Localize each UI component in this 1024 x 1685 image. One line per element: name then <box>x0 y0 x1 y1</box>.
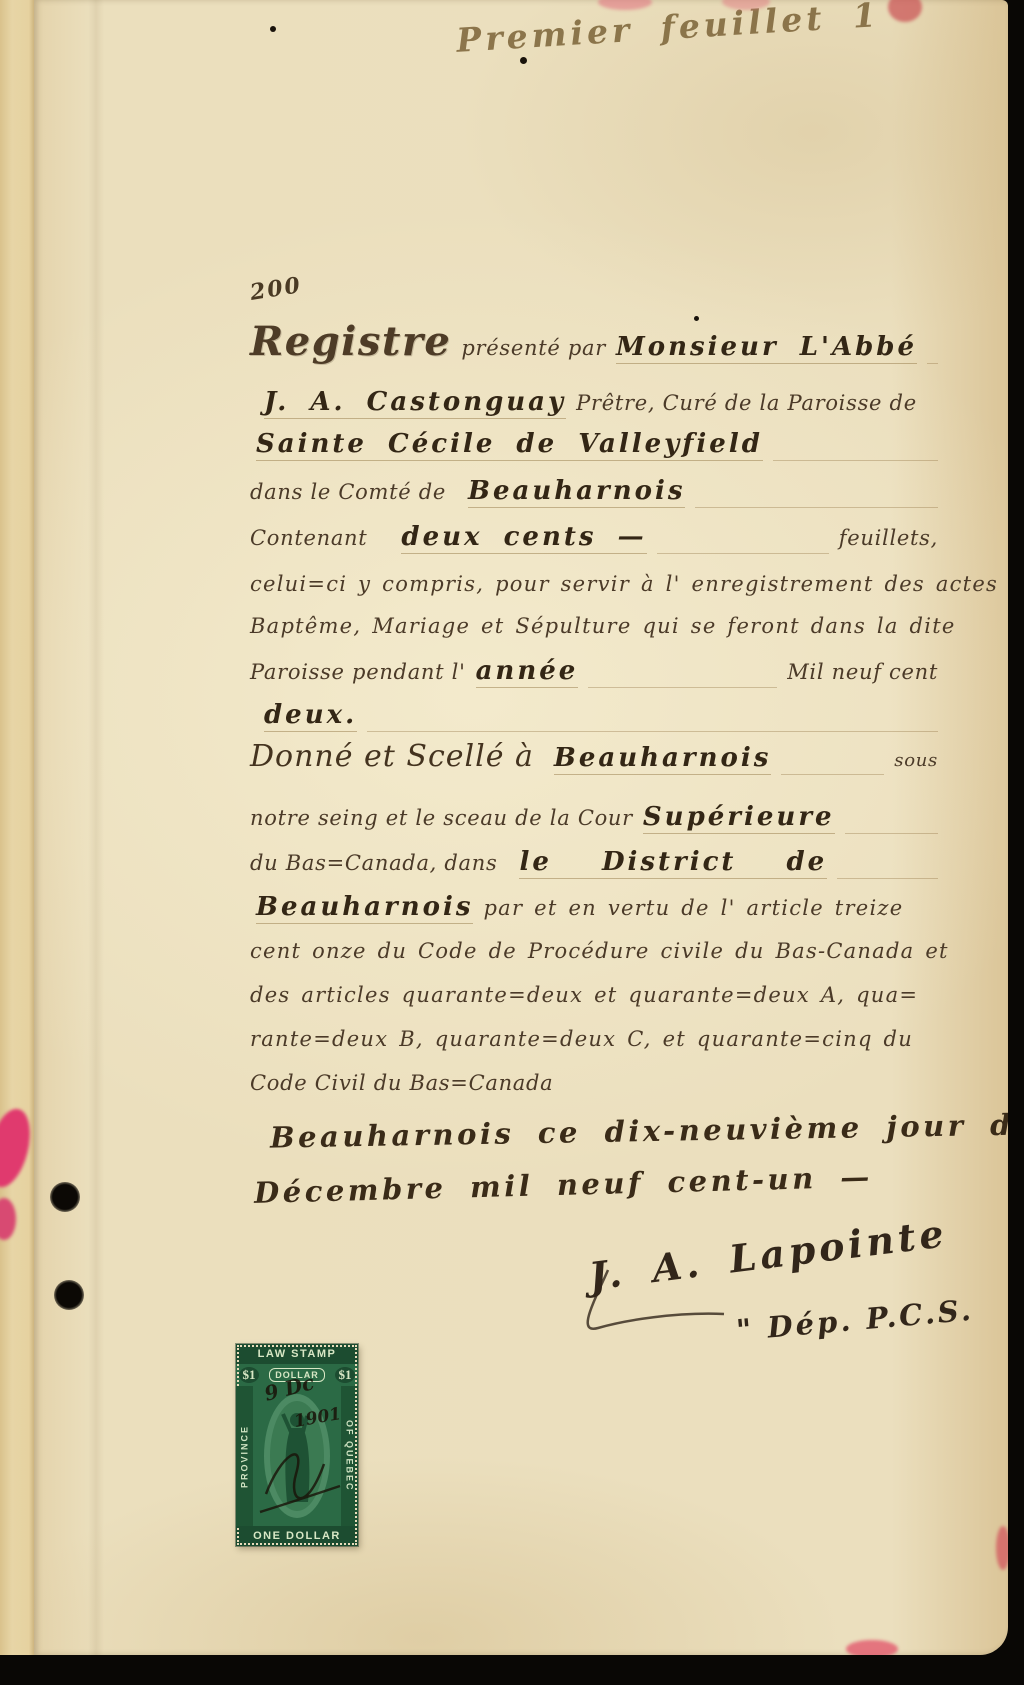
priest-title-label: Prêtre, Curé de la Paroisse de <box>576 390 917 416</box>
registre-heading: Registre <box>250 322 451 362</box>
ink-speck-2 <box>520 57 527 64</box>
clause-8-text: des articles quarante=deux et quarante=d… <box>250 982 918 1008</box>
rule-filler <box>773 430 938 461</box>
line-parish: Sainte Cécile de Valleyfield <box>250 430 938 461</box>
district-value: le District de <box>519 848 827 879</box>
district-name-value: Beauharnois <box>256 893 473 924</box>
feuillets-label: feuillets, <box>839 525 938 551</box>
line-annee: Paroisse pendant l' année Mil neuf cent <box>250 657 938 688</box>
line-year: deux. <box>250 701 938 732</box>
clause-4-text: notre seing et le sceau de la Cour <box>250 805 633 831</box>
line-clause-1: celui=ci y compris, pour servir à l' enr… <box>250 571 938 597</box>
clause-7-text: cent onze du Code de Procédure civile du… <box>250 938 949 964</box>
line-clause-8: des articles quarante=deux et quarante=d… <box>250 982 938 1008</box>
book-gutter-edge <box>0 0 34 1658</box>
mil-neuf-cent-label: Mil neuf cent <box>787 659 938 685</box>
line-cour: notre seing et le sceau de la Cour Supér… <box>250 803 938 834</box>
line-registre: Registre présenté par Monsieur L'Abbé <box>250 322 938 364</box>
presente-par-label: présenté par <box>461 335 606 361</box>
page-crease <box>88 0 104 1655</box>
line-contenant: Contenant deux cents — feuillets, <box>250 523 938 554</box>
line-donne-scelle: Donné et Scellé à Beauharnois sous <box>250 740 938 775</box>
county-value: Beauharnois <box>468 477 685 508</box>
sous-label: sous <box>894 750 938 773</box>
rule-filler <box>657 523 829 554</box>
scanned-register-page: Premier feuillet 1 200 Registre présenté… <box>0 0 1024 1685</box>
clause-2-text: Baptême, Mariage et Sépulture qui se fer… <box>250 613 956 639</box>
court-value: Supérieure <box>643 803 835 834</box>
clause-9-text: rante=deux B, quarante=deux C, et quaran… <box>250 1026 913 1052</box>
line-dateline-1: Beauharnois ce dix-neuvième jour de <box>250 1110 938 1155</box>
line-dateline-2: Décembre mil neuf cent-un — <box>250 1159 939 1210</box>
scan-background-right <box>1008 0 1024 1685</box>
clause-6-text: par et en vertu de l' article treize <box>483 895 903 921</box>
ink-speck-3 <box>694 316 699 321</box>
line-clause-10: Code Civil du Bas=Canada <box>250 1070 938 1096</box>
presented-to-value: Monsieur L'Abbé <box>616 333 917 364</box>
contenant-label: Contenant <box>250 525 367 551</box>
rule-filler <box>927 322 938 364</box>
line-district-name: Beauharnois par et en vertu de l' articl… <box>250 893 938 924</box>
annee-value: année <box>476 657 579 688</box>
rule-filler <box>695 477 938 508</box>
rule-filler <box>781 740 884 775</box>
rule-filler <box>588 657 777 688</box>
line-clause-9: rante=deux B, quarante=deux C, et quaran… <box>250 1026 938 1052</box>
dateline-2-value: Décembre mil neuf cent-un — <box>254 1161 874 1211</box>
dateline-1-value: Beauharnois ce dix-neuvième jour de <box>270 1108 1024 1155</box>
parish-name-value: Sainte Cécile de Valleyfield <box>256 430 763 461</box>
line-clause-7: cent onze du Code de Procédure civile du… <box>250 938 938 964</box>
priest-name-value: J. A. Castonguay <box>264 388 566 419</box>
rule-filler <box>367 701 938 732</box>
clause-5-text: du Bas=Canada, dans <box>250 850 497 876</box>
year-value: deux. <box>264 701 357 732</box>
line-district: du Bas=Canada, dans le District de <box>250 848 938 879</box>
county-label: dans le Comté de <box>250 479 446 505</box>
scan-background-bottom <box>0 1655 1024 1685</box>
leaf-count-value: deux cents — <box>401 523 646 554</box>
clause-3-text: Paroisse pendant l' <box>250 659 466 685</box>
ink-speck-1 <box>270 26 276 32</box>
line-priest: J. A. Castonguay Prêtre, Curé de la Paro… <box>250 388 938 419</box>
punch-hole-bottom <box>54 1280 84 1310</box>
line-county: dans le Comté de Beauharnois <box>250 477 938 508</box>
law-stamp: LAW STAMP $1 DOLLAR $1 PROVINCE OF QUEBE… <box>236 1344 358 1546</box>
sealed-place-value: Beauharnois <box>554 744 771 775</box>
clause-10-text: Code Civil du Bas=Canada <box>250 1070 553 1096</box>
rule-filler <box>837 848 938 879</box>
line-clause-2: Baptême, Mariage et Sépulture qui se fer… <box>250 613 938 639</box>
stamp-cancellation-scribble <box>236 1344 358 1546</box>
clause-1-text: celui=ci y compris, pour servir à l' enr… <box>250 571 1024 597</box>
donne-scelle-label: Donné et Scellé à <box>250 740 534 773</box>
punch-hole-top <box>50 1182 80 1212</box>
rule-filler <box>845 803 938 834</box>
